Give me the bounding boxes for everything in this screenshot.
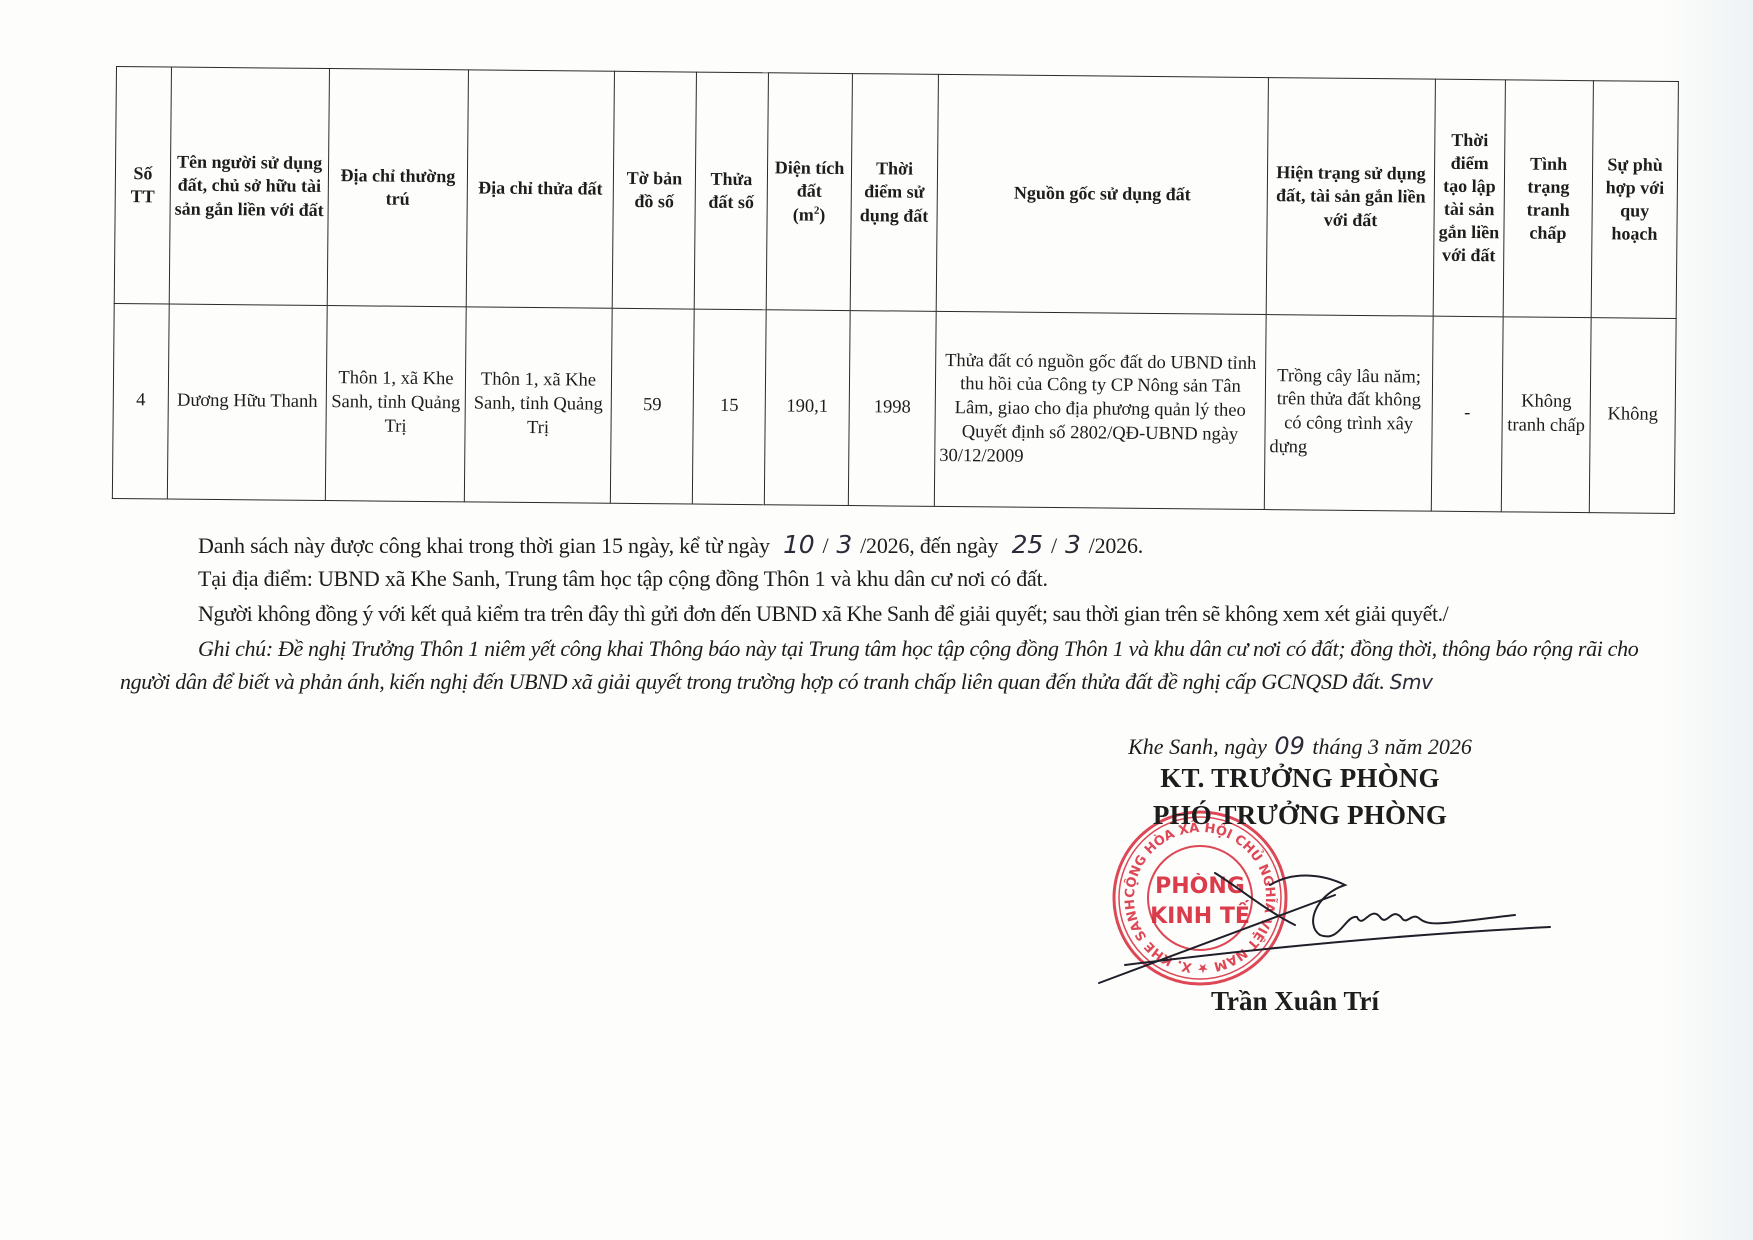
cell-dispute: Không tranh chấp	[1501, 317, 1591, 513]
signer-name: Trần Xuân Trí	[1180, 986, 1410, 1017]
cell-origin: Thửa đất có nguồn gốc đất do UBND tỉnh t…	[934, 311, 1266, 509]
header-origin: Nguồn gốc sử dụng đất	[936, 74, 1268, 314]
publication-period-line: Danh sách này được công khai trong thời …	[198, 530, 1143, 559]
header-parcel-address: Địa chỉ thửa đất	[466, 70, 614, 308]
header-current-status: Hiện trạng sử dụng đất, tài sản gắn liền…	[1266, 78, 1435, 317]
table-header-row: Số TT Tên người sử dụng đất, chủ sở hữu …	[114, 67, 1678, 319]
header-map-sheet: Tờ bản đồ số	[612, 71, 696, 309]
period-prefix: Danh sách này được công khai trong thời …	[198, 533, 770, 558]
handwritten-to-day: 25	[1012, 530, 1043, 559]
handwritten-signature-icon	[1095, 855, 1555, 985]
area-unit-close: )	[819, 204, 825, 224]
cell-planning: Không	[1589, 318, 1676, 514]
handwritten-initials: Smv	[1390, 670, 1433, 694]
cell-use-since: 1998	[848, 311, 936, 507]
handwritten-day: 09	[1274, 732, 1305, 760]
cell-area: 190,1	[764, 310, 850, 506]
location-line: Tại địa điểm: UBND xã Khe Sanh, Trung tâ…	[198, 566, 1048, 592]
handwritten-to-month: 3	[1065, 530, 1081, 559]
header-area: Diện tích đất(m2)	[766, 73, 852, 311]
cell-parcel-address: Thôn 1, xã Khe Sanh, tỉnh Quảng Trị	[464, 307, 612, 503]
place-date: Khe Sanh, ngày 09 tháng 3 năm 2026	[1090, 732, 1510, 760]
header-stt: Số TT	[114, 67, 171, 305]
cell-map-sheet: 59	[610, 308, 694, 504]
cell-asset-created: -	[1431, 316, 1503, 512]
header-planning: Sự phù hợp với quy hoạch	[1591, 81, 1678, 319]
title-pho-truong-phong: PHÓ TRƯỞNG PHÒNG	[1090, 797, 1510, 834]
cell-permanent-address: Thôn 1, xã Khe Sanh, tỉnh Quảng Trị	[325, 306, 466, 502]
handwritten-from-day: 10	[783, 530, 814, 559]
header-parcel-no: Thửa đất số	[694, 72, 768, 310]
place-prefix: Khe Sanh, ngày	[1128, 734, 1267, 759]
month-year: tháng 3 năm 2026	[1312, 734, 1472, 759]
area-unit: (m	[793, 204, 814, 224]
note-paragraph: Ghi chú: Đề nghị Trưởng Thôn 1 niêm yết …	[120, 632, 1680, 699]
handwritten-from-month: 3	[836, 530, 852, 559]
cell-owner: Dương Hữu Thanh	[167, 304, 327, 501]
area-label: Diện tích đất	[775, 158, 845, 201]
cell-current-status: Trồng cây lâu năm; trên thửa đất không c…	[1264, 315, 1433, 512]
header-use-since: Thời điểm sử dụng đất	[850, 74, 938, 312]
header-owner: Tên người sử dụng đất, chủ sở hữu tài sả…	[169, 67, 329, 306]
header-permanent-address: Địa chỉ thường trú	[327, 69, 468, 307]
cell-stt: 4	[112, 303, 169, 499]
table-row: 4 Dương Hữu Thanh Thôn 1, xã Khe Sanh, t…	[112, 303, 1676, 513]
objection-line: Người không đồng ý với kết quả kiểm tra …	[198, 601, 1448, 627]
header-asset-created: Thời điểm tạo lập tài sản gắn liền với đ…	[1433, 79, 1505, 317]
period-suffix: /2026.	[1089, 533, 1143, 558]
header-dispute: Tình trạng tranh chấp	[1503, 80, 1593, 318]
title-kt-truong-phong: KT. TRƯỞNG PHÒNG	[1090, 760, 1510, 797]
land-parcel-table: Số TT Tên người sử dụng đất, chủ sở hữu …	[112, 66, 1679, 514]
period-middle: /2026, đến ngày	[860, 533, 998, 558]
signature-block: Khe Sanh, ngày 09 tháng 3 năm 2026 KT. T…	[1090, 732, 1510, 834]
cell-parcel-no: 15	[692, 309, 766, 505]
